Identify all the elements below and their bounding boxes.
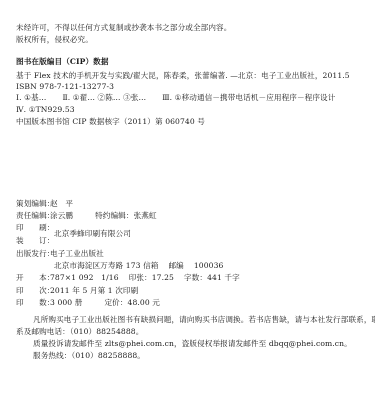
words-label: 字数：	[184, 273, 207, 282]
notice-line-3: 质量投诉请发邮件至 zlts@phei.com.cn，盗版侵权举报请发邮件至 d…	[33, 339, 352, 349]
rights-reserved: 版权所有，侵权必究。	[16, 35, 93, 45]
binding-label: 装 订：	[16, 236, 54, 246]
printing-label: 印 刷：	[16, 223, 54, 233]
special-editor-value: 张燕虹	[134, 211, 157, 220]
sheets-label: 印张：	[129, 273, 152, 282]
edition-line: 印 次：2011 年 5 月第 1 次印刷	[16, 286, 138, 296]
format-value: 787×1 092 1/16	[50, 273, 119, 282]
cip-class-3: Ⅲ. ①移动通信－携带电话机－应用程序－程序设计	[162, 93, 335, 102]
sheets-value: 17.25	[152, 273, 174, 282]
planning-editor: 策划编辑：赵 平	[16, 199, 73, 209]
publisher: 出版发行：电子工业出版社	[16, 249, 104, 259]
publisher-address: 北京市海淀区万寿路 173 信箱邮编100036	[54, 261, 223, 271]
cip-heading: 图书在版编目（CIP）数据	[16, 57, 109, 67]
printer-name: 北京季蜂印刷有限公司	[54, 229, 131, 239]
postcode-label: 邮编	[168, 261, 183, 270]
cip-code: Ⅳ. ①TN929.53	[16, 105, 75, 115]
copies-line: 印 数：3 000 册定价：48.00 元	[16, 298, 160, 308]
copies-value: 3 000 册	[50, 298, 82, 307]
special-editor-label: 特约编辑：	[95, 211, 133, 220]
cip-class-1: Ⅰ. ①基…	[16, 93, 46, 102]
responsible-editor-label: 责任编辑：	[16, 211, 50, 221]
cip-isbn: ISBN 978-7-121-13277-3	[16, 82, 114, 92]
planning-editor-label: 策划编辑：	[16, 199, 50, 209]
notice-line-4: 服务热线：（010）88258888。	[33, 351, 145, 361]
edition-value: 2011 年 5 月第 1 次印刷	[50, 286, 138, 295]
price-value: 48.00 元	[128, 298, 160, 307]
responsible-editor-value: 涂云鹏	[50, 211, 73, 220]
copies-label: 印 数：	[16, 298, 50, 308]
price-label: 定价：	[104, 298, 127, 307]
responsible-editor: 责任编辑：涂云鹏特约编辑：张燕虹	[16, 211, 157, 221]
edition-label: 印 次：	[16, 286, 50, 296]
notice-line-1: 凡所购买电子工业出版社图书有缺损问题，请向购买书店调换。若书店售缺，请与本社发行…	[33, 315, 375, 325]
publisher-label: 出版发行：	[16, 249, 50, 259]
notice-line-2: 系及邮购电话：（010）88254888。	[16, 327, 143, 337]
format-label: 开 本：	[16, 273, 50, 283]
planning-editor-value: 赵 平	[50, 199, 73, 208]
cip-class-2: Ⅱ. ①翟… ②陈… ③张…	[62, 93, 146, 102]
words-value: 441 千字	[207, 273, 240, 282]
address-value: 北京市海淀区万寿路 173 信箱	[54, 261, 158, 270]
cip-library-number: 中国版本图书馆 CIP 数据核字（2011）第 060740 号	[16, 117, 205, 127]
postcode-value: 100036	[194, 261, 224, 270]
copyright-notice: 未经许可，不得以任何方式复制或抄袭本书之部分或全部内容。	[16, 23, 231, 33]
format-line: 开 本：787×1 092 1/16印张：17.25字数：441 千字	[16, 273, 240, 283]
publisher-value: 电子工业出版社	[50, 249, 104, 258]
cip-title-line: 基于 Flex 技术的手机开发与实践/翟大昆，陈春柔，张蕾编著. —北京：电子工…	[16, 71, 350, 81]
cip-classification: Ⅰ. ①基…Ⅱ. ①翟… ②陈… ③张…Ⅲ. ①移动通信－携带电话机－应用程序－…	[16, 93, 335, 103]
